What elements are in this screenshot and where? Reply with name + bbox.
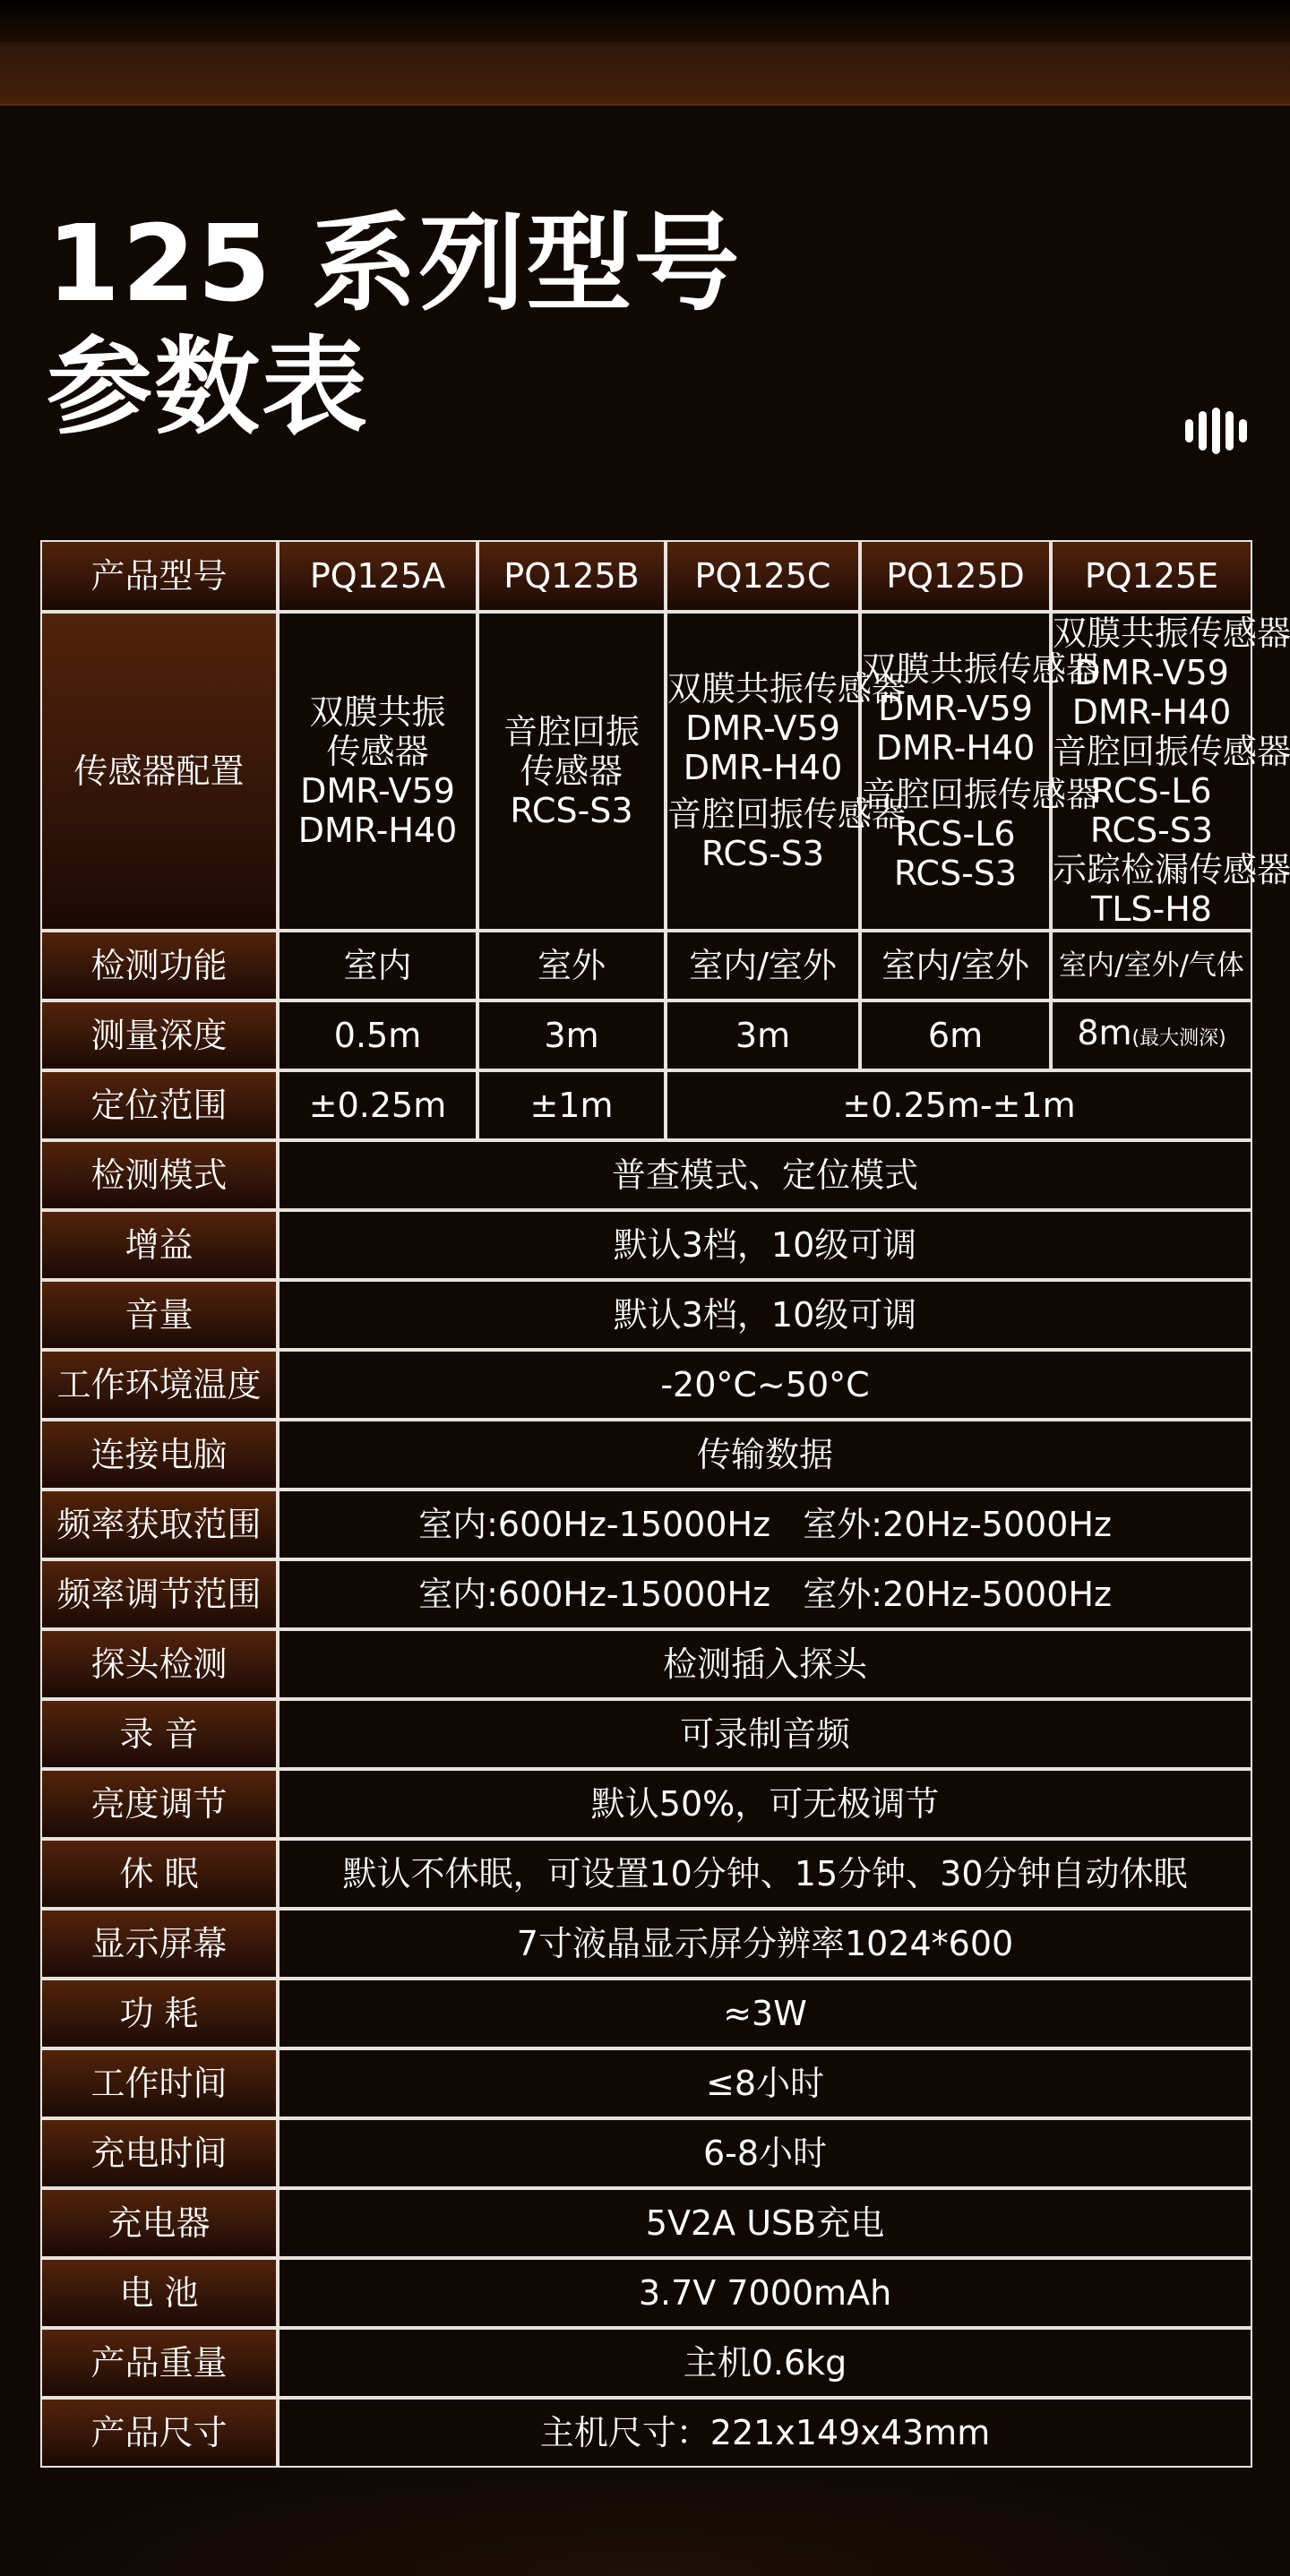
model-pq125b: PQ125B [477,540,666,612]
page-title: 125 系列型号 参数表 [47,202,741,449]
row-label: 产品重量 [40,2328,278,2398]
table-row: 录 音 可录制音频 [40,1699,1252,1769]
row-label: 工作环境温度 [40,1350,278,1420]
title-line-2: 参数表 [47,325,741,449]
row-value: -20°C~50°C [278,1350,1252,1420]
model-pq125d: PQ125D [860,540,1051,612]
cell-b: ±1m [477,1070,666,1140]
row-label: 电 池 [40,2258,278,2328]
table-row: 频率调节范围 室内:600Hz-15000Hz 室外:20Hz-5000Hz [40,1559,1252,1629]
cell-e: 8m(最大测深) [1051,1000,1252,1070]
table-row-sensor-config: 传感器配置 双膜共振 传感器 DMR-V59 DMR-H40 音腔回振 传感器 … [40,612,1252,931]
row-label: 频率调节范围 [40,1559,278,1629]
row-label: 充电时间 [40,2118,278,2188]
row-label: 充电器 [40,2188,278,2258]
row-value: 可录制音频 [278,1699,1252,1769]
table-row: 连接电脑 传输数据 [40,1420,1252,1490]
row-value: 默认3档，10级可调 [278,1280,1252,1350]
table-row: 频率获取范围 室内:600Hz-15000Hz 室外:20Hz-5000Hz [40,1490,1252,1559]
row-label: 亮度调节 [40,1769,278,1839]
table-row: 充电时间 6-8小时 [40,2118,1252,2188]
table-header-row: 产品型号 PQ125A PQ125B PQ125C PQ125D PQ125E [40,540,1252,612]
model-pq125c: PQ125C [666,540,860,612]
cell-a: 0.5m [278,1000,477,1070]
cell-c: 3m [666,1000,860,1070]
table-row: 显示屏幕 7寸液晶显示屏分辨率1024*600 [40,1909,1252,1979]
cell-b: 室外 [477,931,666,1000]
cell-a: 室内 [278,931,477,1000]
table-row-measure-depth: 测量深度 0.5m 3m 3m 6m 8m(最大测深) [40,1000,1252,1070]
model-pq125e: PQ125E [1051,540,1252,612]
row-label: 测量深度 [40,1000,278,1070]
table-row: 亮度调节 默认50%，可无极调节 [40,1769,1252,1839]
table-row: 工作时间 ≤8小时 [40,2048,1252,2118]
cell-d: 室内/室外 [860,931,1051,1000]
table-row: 充电器 5V2A USB充电 [40,2188,1252,2258]
row-label: 传感器配置 [40,612,278,931]
row-label: 显示屏幕 [40,1909,278,1979]
row-value: ≤8小时 [278,2048,1252,2118]
table-row: 探头检测 检测插入探头 [40,1629,1252,1699]
sensor-cell-d: 双膜共振传感器 DMR-V59 DMR-H40 音腔回振传感器 RCS-L6 R… [860,612,1051,931]
row-value: 主机0.6kg [278,2328,1252,2398]
table-row: 产品重量 主机0.6kg [40,2328,1252,2398]
table-row-detection-function: 检测功能 室内 室外 室内/室外 室内/室外 室内/室外/气体 [40,931,1252,1000]
row-label: 工作时间 [40,2048,278,2118]
row-label: 定位范围 [40,1070,278,1140]
table-row-locate-range: 定位范围 ±0.25m ±1m ±0.25m-±1m [40,1070,1252,1140]
table-row: 休 眠 默认不休眠，可设置10分钟、15分钟、30分钟自动休眠 [40,1839,1252,1909]
row-value: ≈3W [278,1979,1252,2048]
row-value: 6-8小时 [278,2118,1252,2188]
model-pq125a: PQ125A [278,540,477,612]
row-value: 室内:600Hz-15000Hz 室外:20Hz-5000Hz [278,1559,1252,1629]
row-value: 5V2A USB充电 [278,2188,1252,2258]
row-label: 音量 [40,1280,278,1350]
top-banner-band [0,0,1290,106]
table-row: 增益 默认3档，10级可调 [40,1210,1252,1280]
row-label: 产品尺寸 [40,2398,278,2468]
cell-a: ±0.25m [278,1070,477,1140]
row-value: 检测插入探头 [278,1629,1252,1699]
row-value: 默认不休眠，可设置10分钟、15分钟、30分钟自动休眠 [278,1839,1252,1909]
sensor-cell-b: 音腔回振 传感器 RCS-S3 [477,612,666,931]
sensor-cell-a: 双膜共振 传感器 DMR-V59 DMR-H40 [278,612,477,931]
table-row: 检测模式 普查模式、定位模式 [40,1140,1252,1210]
row-label: 休 眠 [40,1839,278,1909]
row-label: 检测模式 [40,1140,278,1210]
cell-c: 室内/室外 [666,931,860,1000]
sensor-cell-e: 双膜共振传感器 DMR-V59 DMR-H40 音腔回振传感器 RCS-L6 R… [1051,612,1252,931]
row-label: 录 音 [40,1699,278,1769]
table-row: 音量 默认3档，10级可调 [40,1280,1252,1350]
table-row: 工作环境温度 -20°C~50°C [40,1350,1252,1420]
row-label: 功 耗 [40,1979,278,2048]
row-label: 连接电脑 [40,1420,278,1490]
row-value: 默认50%，可无极调节 [278,1769,1252,1839]
spec-table: 产品型号 PQ125A PQ125B PQ125C PQ125D PQ125E … [40,540,1252,2468]
table-row: 产品尺寸 主机尺寸：221x149x43mm [40,2398,1252,2468]
header-label: 产品型号 [40,540,278,612]
sound-wave-icon [1185,408,1250,454]
row-value: 主机尺寸：221x149x43mm [278,2398,1252,2468]
row-value: 普查模式、定位模式 [278,1140,1252,1210]
cell-cde: ±0.25m-±1m [666,1070,1252,1140]
row-value: 3.7V 7000mAh [278,2258,1252,2328]
row-label: 探头检测 [40,1629,278,1699]
cell-e: 室内/室外/气体 [1051,931,1252,1000]
cell-d: 6m [860,1000,1051,1070]
table-row: 功 耗 ≈3W [40,1979,1252,2048]
sensor-cell-c: 双膜共振传感器 DMR-V59 DMR-H40 音腔回振传感器 RCS-S3 [666,612,860,931]
row-value: 7寸液晶显示屏分辨率1024*600 [278,1909,1252,1979]
row-value: 传输数据 [278,1420,1252,1490]
row-value: 默认3档，10级可调 [278,1210,1252,1280]
title-line-1: 125 系列型号 [47,202,741,325]
row-label: 检测功能 [40,931,278,1000]
row-label: 频率获取范围 [40,1490,278,1559]
max-depth-note: (最大测深) [1132,1027,1226,1050]
row-value: 室内:600Hz-15000Hz 室外:20Hz-5000Hz [278,1490,1252,1559]
cell-b: 3m [477,1000,666,1070]
row-label: 增益 [40,1210,278,1280]
table-row: 电 池 3.7V 7000mAh [40,2258,1252,2328]
bottom-background [0,2454,1290,2576]
